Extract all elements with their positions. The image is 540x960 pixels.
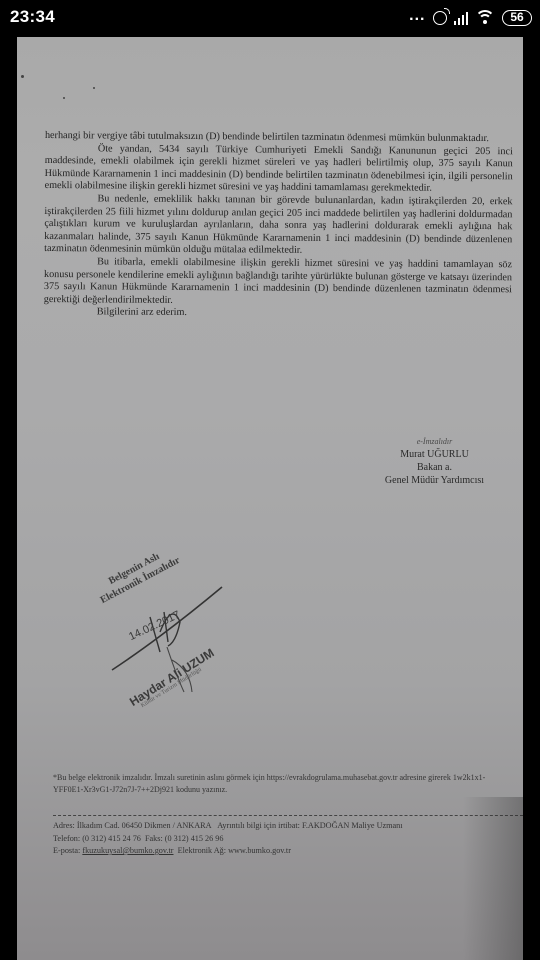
footer-line: Telefon: (0 312) 415 24 76 Faks: (0 312)… bbox=[53, 833, 513, 846]
signer-name: Murat UĞURLU bbox=[362, 448, 507, 461]
paper-speck bbox=[21, 75, 24, 78]
more-dots-icon: ... bbox=[409, 8, 425, 24]
status-time: 23:34 bbox=[10, 7, 55, 27]
battery-icon: 56 bbox=[502, 10, 532, 26]
footer-line: E-posta: fkuzukuysal@bumko.gov.tr Elektr… bbox=[53, 845, 513, 858]
document-footer: Adres: İlkadım Cad. 06450 Dikmen / ANKAR… bbox=[53, 820, 513, 858]
wifi-icon bbox=[475, 10, 495, 26]
footer-phone: Telefon: (0 312) 415 24 76 bbox=[53, 834, 141, 843]
document-body: herhangi bir vergiye tâbi tutulmaksızın … bbox=[44, 130, 513, 322]
verification-footnote: *Bu belge elektronik imzalıdır. İmzalı s… bbox=[53, 772, 513, 796]
footer-email-label: E-posta: bbox=[53, 846, 80, 855]
paragraph: Öte yandan, 5434 sayılı Türkiye Cumhuriy… bbox=[45, 143, 513, 197]
sync-icon bbox=[433, 11, 447, 25]
footer-line: Adres: İlkadım Cad. 06450 Dikmen / ANKAR… bbox=[53, 820, 513, 833]
footer-web-label: Elektronik Ağ: bbox=[178, 846, 226, 855]
document-photo[interactable]: herhangi bir vergiye tâbi tutulmaksızın … bbox=[17, 37, 523, 960]
paper-speck bbox=[93, 87, 95, 89]
status-bar: 23:34 ... 56 bbox=[0, 0, 540, 37]
footer-web-link[interactable]: www.bumko.gov.tr bbox=[228, 846, 291, 855]
status-icons: ... 56 bbox=[409, 8, 532, 28]
footer-divider bbox=[53, 815, 523, 816]
paragraph: Bilgilerini arz ederim. bbox=[44, 306, 512, 322]
paragraph: Bu itibarla, emekli olabilmesine ilişkin… bbox=[44, 256, 512, 310]
footer-address: Adres: İlkadım Cad. 06450 Dikmen / ANKAR… bbox=[53, 821, 212, 830]
paper-speck bbox=[63, 97, 65, 99]
paragraph: Bu nedenle, emeklilik hakkı tanınan bir … bbox=[44, 193, 512, 259]
signer-title: Genel Müdür Yardımcısı bbox=[362, 474, 507, 487]
signal-icon bbox=[454, 12, 469, 25]
signature-block: e-İmzalıdır Murat UĞURLU Bakan a. Genel … bbox=[362, 435, 507, 487]
signer-line: Bakan a. bbox=[362, 461, 507, 474]
footer-fax: Faks: (0 312) 415 26 96 bbox=[145, 834, 223, 843]
e-signature-label: e-İmzalıdır bbox=[362, 435, 507, 448]
footer-email-link[interactable]: fkuzukuysal@bumko.gov.tr bbox=[82, 846, 173, 855]
footer-contact: Ayrıntılı bilgi için irtibat: F.AKDOĞAN … bbox=[217, 821, 402, 830]
certification-stamp: Belgenin Aslı Elektronik İmzalıdır 14.02… bbox=[72, 542, 242, 712]
